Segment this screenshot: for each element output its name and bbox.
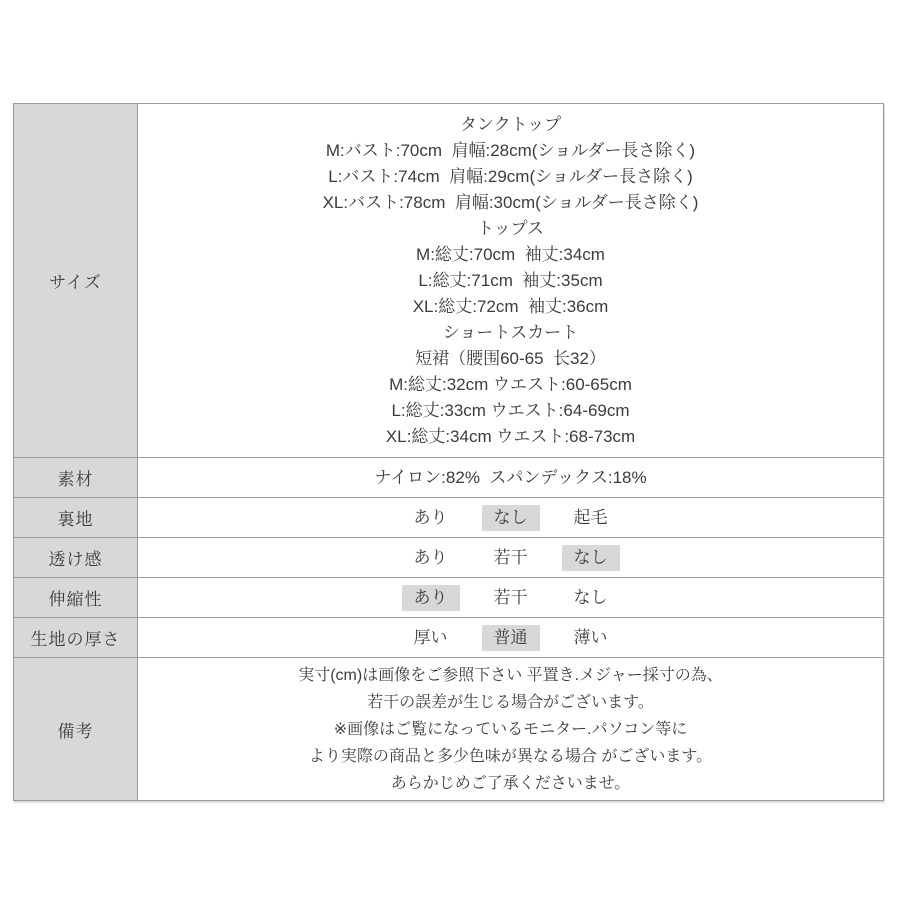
option-chip: 若干 bbox=[482, 585, 540, 611]
option-group: 厚い普通薄い bbox=[391, 625, 631, 651]
spec-row: 透け感あり若干なし bbox=[14, 537, 883, 577]
spec-row: 伸縮性あり若干なし bbox=[14, 577, 883, 617]
row-label: 裏地 bbox=[14, 498, 138, 537]
row-content: 実寸(cm)は画像をご参照下さい 平置き.メジャー採寸の為、若干の誤差が生じる場… bbox=[138, 658, 883, 800]
option-chip: あり bbox=[402, 505, 460, 531]
option-group: ありなし起毛 bbox=[391, 505, 631, 531]
option-chip-selected: なし bbox=[482, 505, 540, 531]
spec-line: より実際の商品と多少色味が異なる場合 がございます。 bbox=[309, 743, 712, 770]
option-chip-selected: 普通 bbox=[482, 625, 540, 651]
option-chip: なし bbox=[562, 585, 620, 611]
row-content: あり若干なし bbox=[138, 538, 883, 577]
spec-line: M:総丈:70cm 袖丈:34cm bbox=[416, 242, 605, 268]
spec-line: ナイロン:82% スパンデックス:18% bbox=[374, 465, 646, 491]
row-label: 生地の厚さ bbox=[14, 618, 138, 657]
spec-line: XL:バスト:78cm 肩幅:30cm(ショルダー長さ除く) bbox=[323, 190, 699, 216]
spec-row: 備考実寸(cm)は画像をご参照下さい 平置き.メジャー採寸の為、若干の誤差が生じ… bbox=[14, 657, 883, 800]
spec-line: ショートスカート bbox=[443, 320, 579, 346]
spec-row: 生地の厚さ厚い普通薄い bbox=[14, 617, 883, 657]
row-label: 伸縮性 bbox=[14, 578, 138, 617]
spec-line: L:総丈:33cm ウエスト:64-69cm bbox=[391, 398, 629, 424]
row-content: 厚い普通薄い bbox=[138, 618, 883, 657]
spec-line: M:総丈:32cm ウエスト:60-65cm bbox=[389, 372, 632, 398]
spec-line: 若干の誤差が生じる場合がございます。 bbox=[367, 689, 654, 716]
row-content: タンクトップM:バスト:70cm 肩幅:28cm(ショルダー長さ除く)L:バスト… bbox=[138, 104, 883, 457]
row-label: 素材 bbox=[14, 458, 138, 497]
row-content: ナイロン:82% スパンデックス:18% bbox=[138, 458, 883, 497]
row-label: 透け感 bbox=[14, 538, 138, 577]
option-group: あり若干なし bbox=[391, 545, 631, 571]
spec-line: タンクトップ bbox=[460, 112, 561, 138]
spec-row: サイズタンクトップM:バスト:70cm 肩幅:28cm(ショルダー長さ除く)L:… bbox=[14, 104, 883, 457]
spec-line: 短裙（腰围60-65 长32） bbox=[415, 346, 606, 372]
spec-row: 素材ナイロン:82% スパンデックス:18% bbox=[14, 457, 883, 497]
spec-line: M:バスト:70cm 肩幅:28cm(ショルダー長さ除く) bbox=[326, 138, 695, 164]
spec-line: XL:総丈:34cm ウエスト:68-73cm bbox=[386, 424, 635, 450]
row-content: あり若干なし bbox=[138, 578, 883, 617]
option-chip: 薄い bbox=[562, 625, 620, 651]
option-chip: 厚い bbox=[402, 625, 460, 651]
spec-line: L:総丈:71cm 袖丈:35cm bbox=[418, 268, 602, 294]
spec-line: あらかじめご了承くださいませ。 bbox=[391, 770, 631, 797]
option-chip: 若干 bbox=[482, 545, 540, 571]
spec-row: 裏地ありなし起毛 bbox=[14, 497, 883, 537]
spec-line: ※画像はご覧になっているモニター.パソコン等に bbox=[334, 716, 688, 743]
spec-line: L:バスト:74cm 肩幅:29cm(ショルダー長さ除く) bbox=[328, 164, 693, 190]
option-chip-selected: なし bbox=[562, 545, 620, 571]
spec-line: トップス bbox=[477, 216, 544, 242]
option-group: あり若干なし bbox=[391, 585, 631, 611]
row-label: 備考 bbox=[14, 658, 138, 800]
option-chip: あり bbox=[402, 545, 460, 571]
option-chip-selected: あり bbox=[402, 585, 460, 611]
product-spec-table: サイズタンクトップM:バスト:70cm 肩幅:28cm(ショルダー長さ除く)L:… bbox=[13, 103, 884, 801]
row-content: ありなし起毛 bbox=[138, 498, 883, 537]
spec-line: 実寸(cm)は画像をご参照下さい 平置き.メジャー採寸の為、 bbox=[298, 662, 723, 689]
option-chip: 起毛 bbox=[562, 505, 620, 531]
spec-line: XL:総丈:72cm 袖丈:36cm bbox=[413, 294, 609, 320]
row-label: サイズ bbox=[14, 104, 138, 457]
